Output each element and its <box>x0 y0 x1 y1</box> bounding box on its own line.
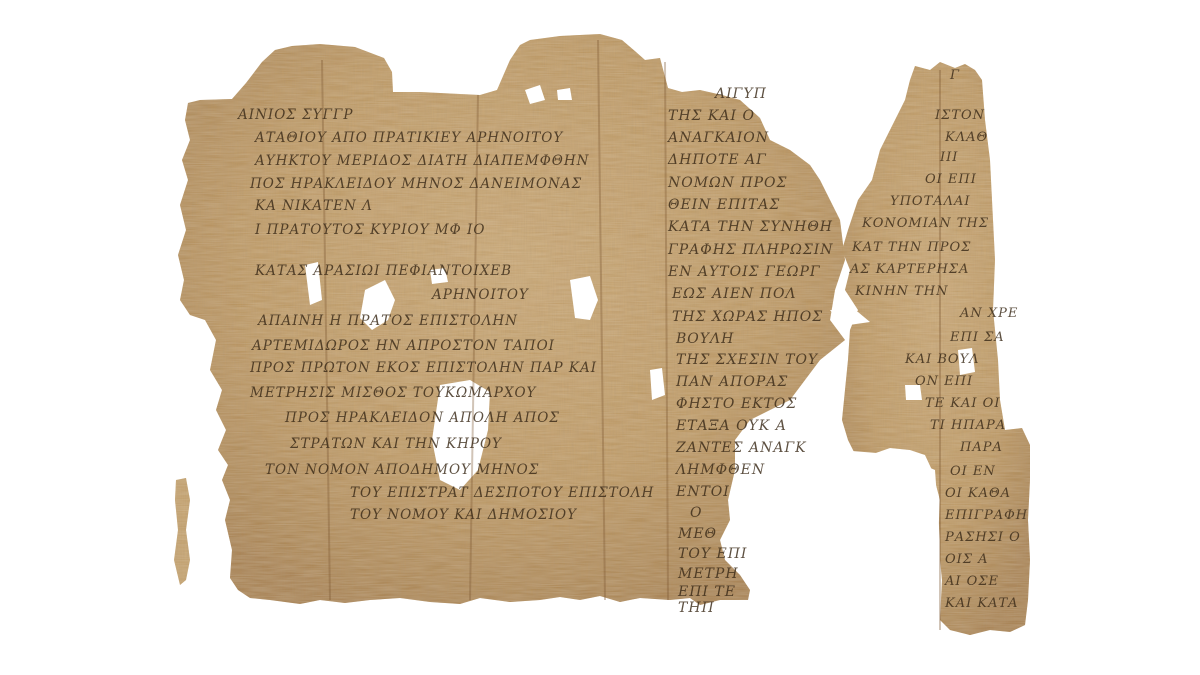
text-line: ΖΑΝΤΕΣ ΑΝΑΓΚ <box>676 440 807 456</box>
text-line: ΚΑΤ ΤΗΝ ΠΡΟΣ <box>852 240 971 255</box>
text-line: ΒΟΥΛΗ <box>676 331 734 347</box>
text-line: ΦΗΣΤΟ ΕΚΤΟΣ <box>676 396 797 412</box>
text-line: Γ <box>950 68 960 83</box>
text-line: ΙΣΤΟΝ <box>935 108 985 123</box>
text-line: ΜΕΘ <box>678 526 717 542</box>
text-line: ΤΗΣ ΧΩΡΑΣ ΗΠΟΣ <box>672 309 823 325</box>
text-line: ΚΛΑΘ <box>945 130 988 145</box>
text-line: ΠΟΣ ΗΡΑΚΛΕΙΔΟΥ ΜΗΝΟΣ ΔΑΝΕΙΜΟΝΑΣ <box>250 176 582 192</box>
text-line: ΟΙΣ Α <box>945 552 989 567</box>
text-line: ΠΑΡΑ <box>960 440 1003 455</box>
text-line: ΑΙΓΥΠ <box>715 86 767 102</box>
text-line: ΓΡΑΦΗΣ ΠΛΗΡΩΣΙΝ <box>668 242 834 258</box>
text-line: ΚΑΤΑΣ ΑΡΑΣΙΩΙ ΠΕΦΙΑΝΤΟΙΧΕΒ <box>255 263 512 279</box>
text-line: ΤΟΥ ΝΟΜΟΥ ΚΑΙ ΔΗΜΟΣΙΟΥ <box>350 507 577 523</box>
text-line: ΛΗΜΦΘΕΝ <box>676 462 765 478</box>
text-line: ΝΟΜΩΝ ΠΡΟΣ <box>668 175 787 191</box>
text-line: ΟΙ ΕΝ <box>950 464 996 479</box>
text-line: ΑΝΑΓΚΑΙΟΝ <box>668 130 769 146</box>
text-line: Ο <box>690 505 702 521</box>
text-line: ΟΝ ΕΠΙ <box>915 374 973 389</box>
text-line: ΤΕ ΚΑΙ ΟΙ <box>925 396 1000 411</box>
text-line: ΤΟΥ ΕΠΙ <box>678 546 747 562</box>
text-line: ΕΠΙ ΤΕ <box>678 584 736 600</box>
text-line: ΠΡΟΣ ΗΡΑΚΛΕΙΔΟΝ ΑΠΟΛΗ ΑΠΟΣ <box>285 410 560 426</box>
text-line: ΕΝΤΟΙ <box>676 484 730 500</box>
text-line: ΜΕΤΡΗ <box>678 566 739 582</box>
text-line: ΕΤΑΞΑ ΟΥΚ Α <box>676 418 787 434</box>
text-line: ΤΟΝ ΝΟΜΟΝ ΑΠΟΔΗΜΟΥ ΜΗΝΟΣ <box>265 462 539 478</box>
text-line: ΕΠΙ ΣΑ <box>950 330 1005 345</box>
text-line: ΑΡΗΝΟΙΤΟΥ <box>432 287 529 303</box>
text-line: ΚΑ ΝΙΚΑΤΕΝ Λ <box>255 198 373 214</box>
text-line: ΤΟΥ ΕΠΙΣΤΡΑΤ ΔΕΣΠΟΤΟΥ ΕΠΙΣΤΟΛΗ <box>350 485 654 501</box>
text-line: ΥΠΟΤΑΛΑΙ <box>890 194 971 209</box>
text-line: ΑΝ ΧΡΕ <box>960 306 1018 321</box>
text-line: ΑΠΑΙΝΗ Η ΠΡΑΤΟΣ ΕΠΙΣΤΟΛΗΝ <box>258 313 518 329</box>
text-line: ΟΙ ΚΑΘΑ <box>945 486 1011 501</box>
text-line: ΠΑΝ ΑΠΟΡΑΣ <box>676 374 788 390</box>
text-line: ΕΩΣ ΑΙΕΝ ΠΟΛ <box>672 286 797 302</box>
text-line: ΕΝ ΑΥΤΟΙΣ ΓΕΩΡΓ <box>668 264 821 280</box>
text-line: ΙΙΙ <box>940 150 958 165</box>
left-sliver <box>174 478 190 585</box>
text-line: ΜΕΤΡΗΣΙΣ ΜΙΣΘΟΣ ΤΟΥΚΩΜΑΡΧΟΥ <box>250 385 536 401</box>
text-line: ΤΗΠ <box>678 600 715 616</box>
text-line: ΑΥΗΚΤΟΥ ΜΕΡΙΔΟΣ ΔΙΑΤΗ ΔΙΑΠΕΜΦΘΗΝ <box>255 153 589 169</box>
papyrus-fragment <box>0 0 1200 675</box>
papyrus-photograph: ΑΙΝΙΟΣ ΣΥΓΓΡ ΑΤΑΘΙΟΥ ΑΠΟ ΠΡΑΤΙΚΙΕΥ ΑΡΗΝΟ… <box>0 0 1200 675</box>
text-line: ΑΙΝΙΟΣ ΣΥΓΓΡ <box>238 107 353 123</box>
text-line: ΤΗΣ ΚΑΙ Ο <box>668 108 755 124</box>
text-line: ΕΠΙΓΡΑΦΗ <box>945 508 1028 523</box>
text-line: ΤΗΣ ΣΧΕΣΙΝ ΤΟΥ <box>676 352 818 368</box>
text-line: ΑΤΑΘΙΟΥ ΑΠΟ ΠΡΑΤΙΚΙΕΥ ΑΡΗΝΟΙΤΟΥ <box>255 130 563 146</box>
text-line: ΔΗΠΟΤΕ ΑΓ <box>668 152 767 168</box>
text-line: ΘΕΙΝ ΕΠΙΤΑΣ <box>668 197 780 213</box>
text-line: ΤΙ ΗΠΑΡΑ <box>930 418 1006 433</box>
text-line: ΟΙ ΕΠΙ <box>925 172 977 187</box>
text-line: ΑΡΤΕΜΙΔΩΡΟΣ ΗΝ ΑΠΡΟΣΤΟΝ ΤΑΠΟΙ <box>252 338 555 354</box>
text-line: ΚΙΝΗΝ ΤΗΝ <box>855 284 948 299</box>
text-line: ΡΑΣΗΣΙ Ο <box>945 530 1021 545</box>
text-line: ΣΤΡΑΤΩΝ ΚΑΙ ΤΗΝ ΚΗΡΟΥ <box>290 436 502 452</box>
text-line: ΑΣ ΚΑΡΤΕΡΗΣΑ <box>850 262 969 277</box>
text-line: Ι ΠΡΑΤΟΥΤΟΣ ΚΥΡΙΟΥ ΜΦ ΙΟ <box>255 222 485 238</box>
text-line: ΚΑΙ ΒΟΥΛ <box>905 352 980 367</box>
text-line: ΚΑΤΑ ΤΗΝ ΣΥΝΗΘΗ <box>668 219 833 235</box>
text-line: ΚΑΙ ΚΑΤΑ <box>945 596 1019 611</box>
text-line: ΠΡΟΣ ΠΡΩΤΟΝ ΕΚΟΣ ΕΠΙΣΤΟΛΗΝ ΠΑΡ ΚΑΙ <box>250 360 597 376</box>
text-line: ΚΟΝΟΜΙΑΝ ΤΗΣ <box>862 216 989 231</box>
text-line: ΑΙ ΟΣΕ <box>945 574 999 589</box>
